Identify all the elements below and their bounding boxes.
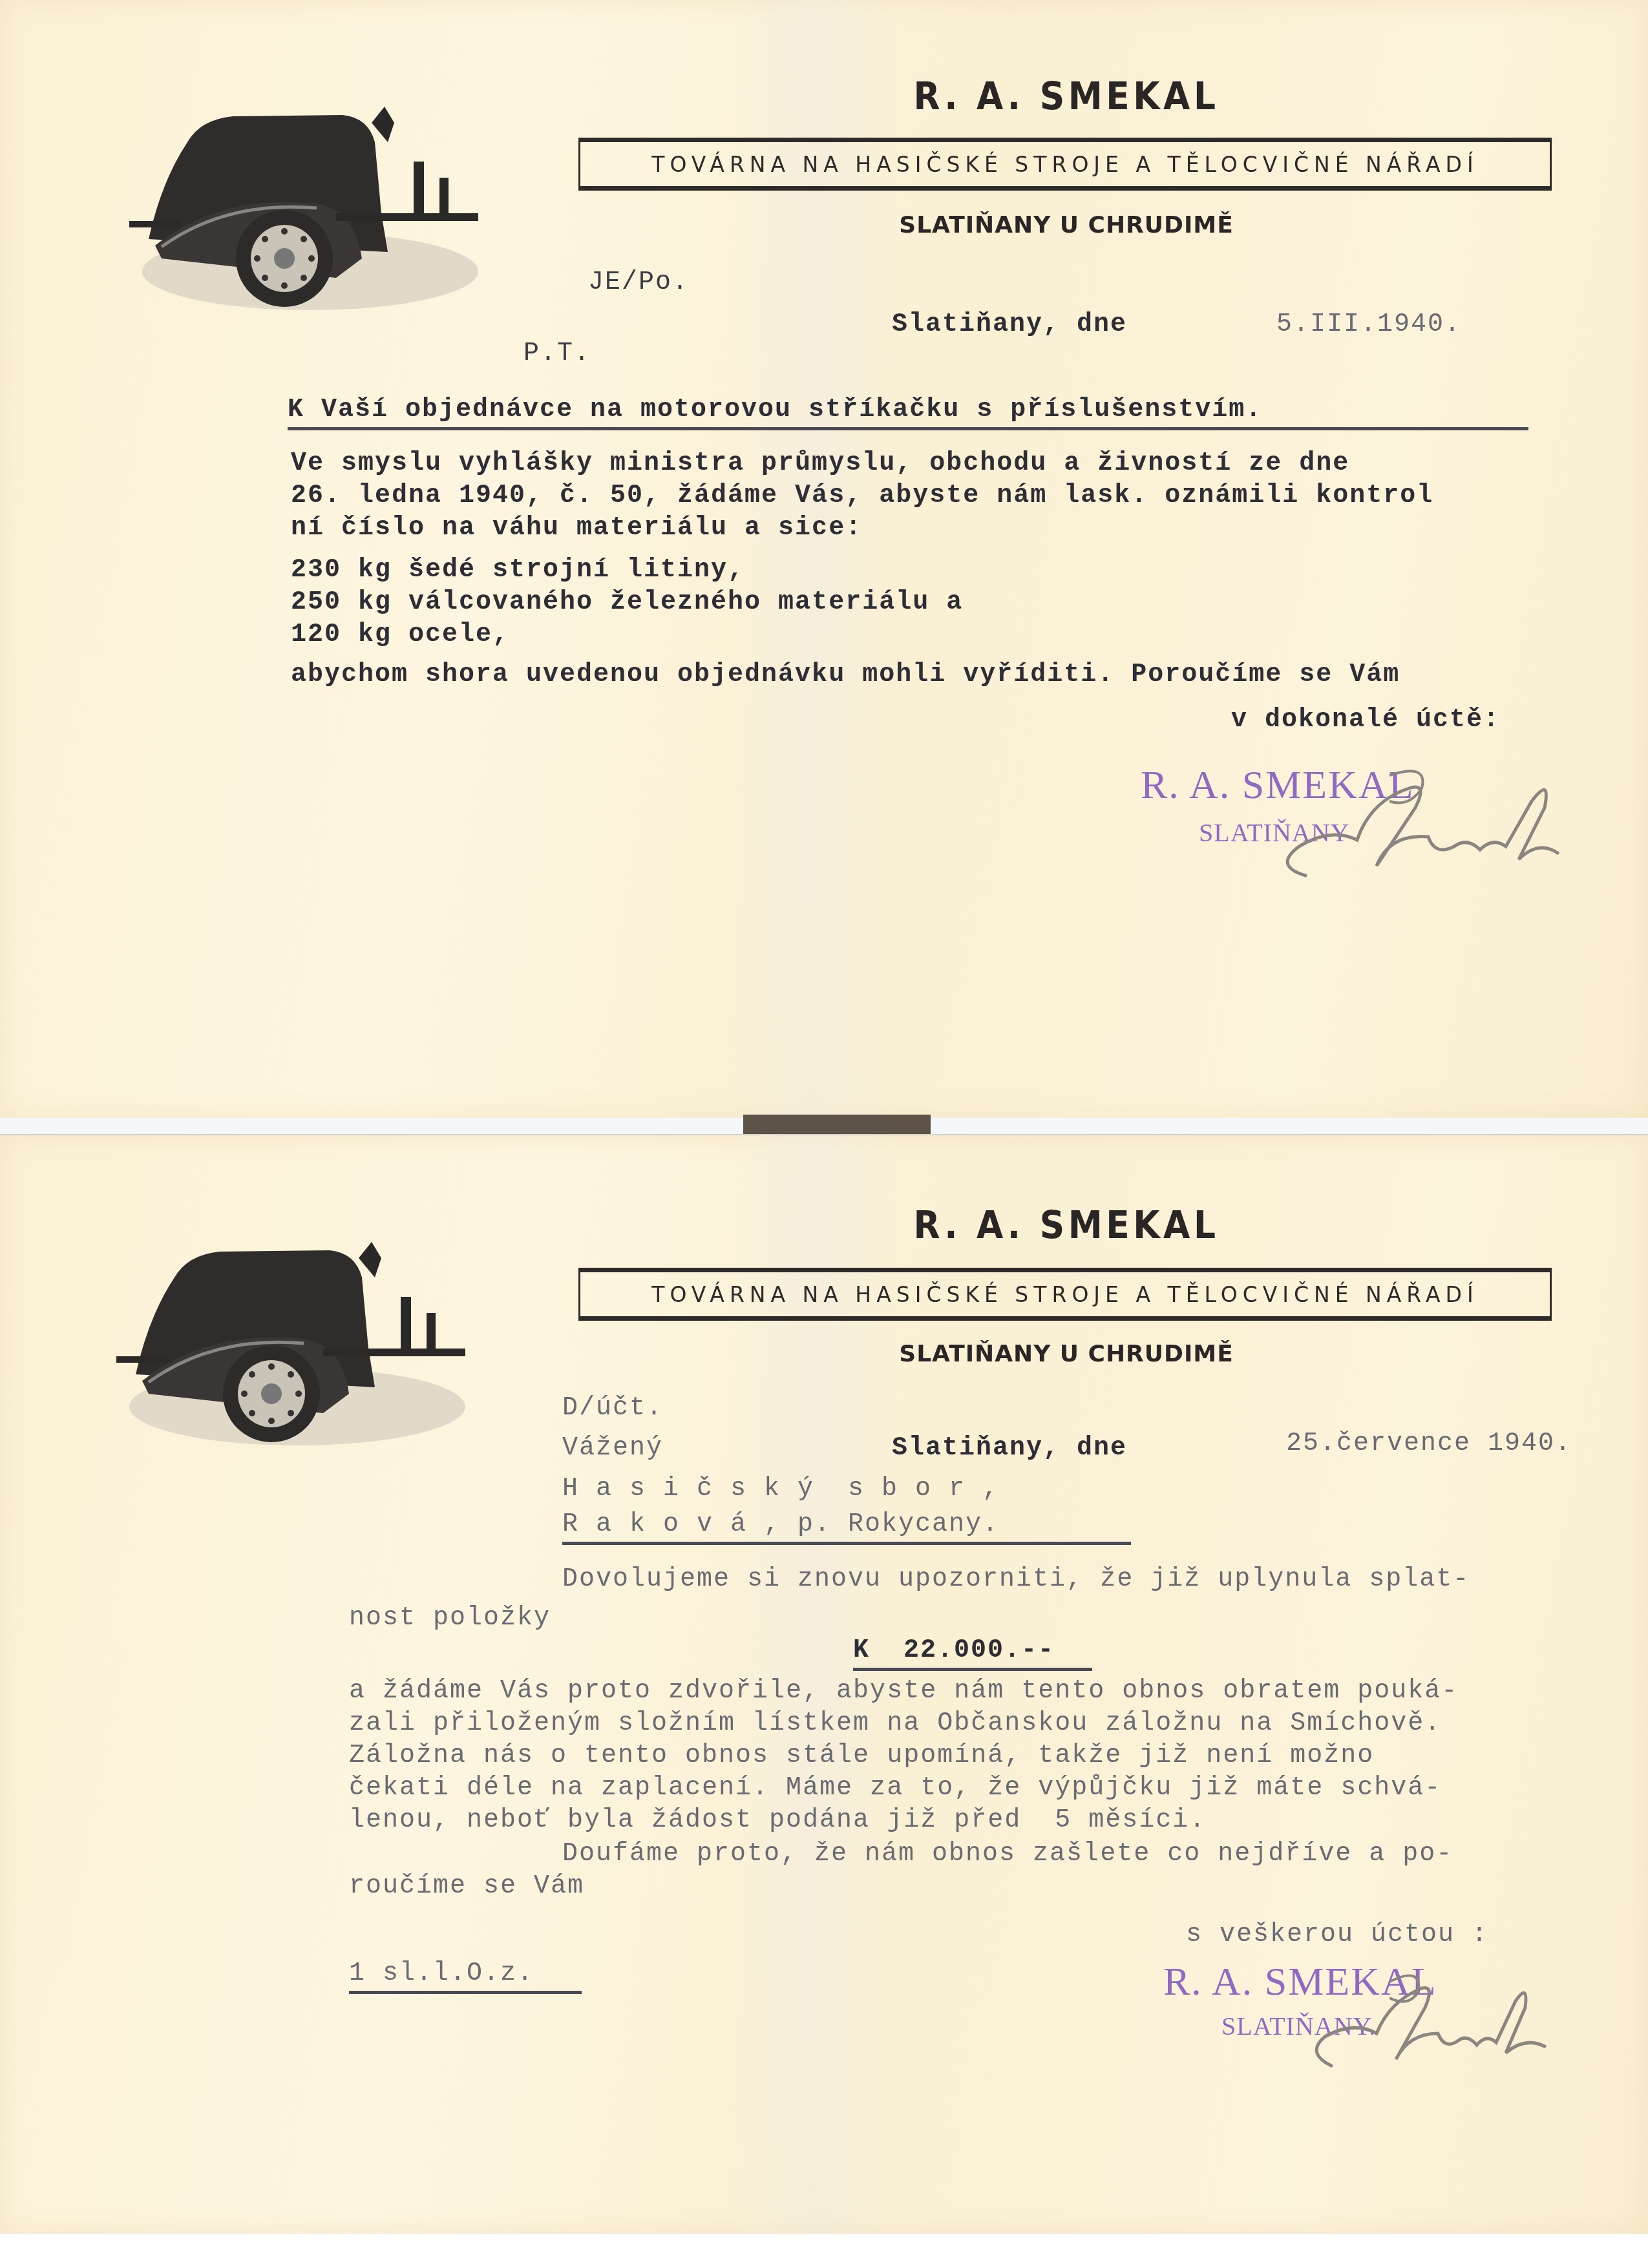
intro-line: Dovolujeme si znovu upozorniti, že již u…	[562, 1565, 1470, 1594]
letter-sheet-1: R. A. SMEKAL TOVÁRNA NA HASIČSKÉ STROJE …	[0, 0, 1648, 1118]
company-name: R. A. SMEKAL	[900, 74, 1232, 118]
company-location: SLATIŇANY U CHRUDIMĚ	[885, 1341, 1247, 1367]
body-line: zali přiloženým složním lístkem na Občan…	[349, 1709, 1441, 1738]
date-place: Slatiňany, dne	[892, 310, 1127, 339]
amount-due: K 22.000.--	[853, 1636, 1092, 1671]
material-item: 120 kg ocele,	[291, 620, 509, 649]
binding-tab	[743, 1115, 931, 1134]
body-line: Ve smyslu vyhlášky ministra průmyslu, ob…	[291, 449, 1349, 478]
closing-line: Doufáme proto, že nám obnos zašlete co n…	[562, 1840, 1453, 1869]
material-item: 250 kg válcovaného železného materiálu a	[291, 588, 963, 617]
company-name: R. A. SMEKAL	[900, 1203, 1232, 1247]
closing-line: abychom shora uvedenou objednávku mohli …	[291, 660, 1400, 689]
intro-line: nost položky	[349, 1604, 551, 1633]
reference-code: D/účt.	[562, 1394, 663, 1423]
salutation: s veškerou úctou :	[1186, 1920, 1488, 1949]
date-place: Slatiňany, dne	[892, 1434, 1127, 1463]
enclosure-note: 1 sl.l.O.z.	[349, 1959, 582, 1994]
fire-pump-illustration	[110, 1219, 485, 1452]
date-value: 25.července 1940.	[1286, 1429, 1572, 1458]
recipient-line: H a s i č s k ý s b o r ,	[562, 1475, 999, 1504]
body-line: a žádáme Vás proto zdvořile, abyste nám …	[349, 1677, 1458, 1706]
recipient-line: R a k o v á , p. Rokycany.	[562, 1510, 1131, 1545]
date-value: 5.III.1940.	[1276, 310, 1461, 339]
tagline-box: TOVÁRNA NA HASIČSKÉ STROJE A TĚLOCVIČNÉ …	[578, 1268, 1552, 1321]
reference-code: JE/Po.	[588, 268, 689, 297]
salutation: v dokonalé úctě:	[1231, 706, 1500, 735]
company-tagline: TOVÁRNA NA HASIČSKÉ STROJE A TĚLOCVIČNÉ …	[651, 152, 1478, 177]
body-line: lenou, neboť byla žádost podána již před…	[349, 1806, 1206, 1835]
handwritten-signature	[1260, 762, 1596, 885]
subject-line: K Vaší objednávce na motorovou stříkačku…	[288, 395, 1528, 430]
letter-sheet-2: R. A. SMEKAL TOVÁRNA NA HASIČSKÉ STROJE …	[0, 1134, 1648, 2234]
body-line: čekati déle na zaplacení. Máme za to, že…	[349, 1774, 1441, 1803]
body-line: Záložna nás o tento obnos stále upomíná,…	[349, 1741, 1374, 1770]
body-line: ní číslo na váhu materiálu a sice:	[291, 514, 862, 543]
greeting: Vážený	[562, 1434, 663, 1463]
material-item: 230 kg šedé strojní litiny,	[291, 556, 745, 585]
company-location: SLATIŇANY U CHRUDIMĚ	[885, 212, 1247, 238]
company-tagline: TOVÁRNA NA HASIČSKÉ STROJE A TĚLOCVIČNÉ …	[651, 1282, 1478, 1307]
closing-line: roučíme se Vám	[349, 1872, 584, 1901]
body-line: 26. ledna 1940, č. 50, žádáme Vás, abyst…	[291, 481, 1433, 510]
handwritten-signature	[1293, 1962, 1564, 2072]
fire-pump-illustration	[123, 84, 498, 317]
addressee: P.T.	[523, 339, 591, 368]
tagline-box: TOVÁRNA NA HASIČSKÉ STROJE A TĚLOCVIČNÉ …	[578, 138, 1552, 191]
